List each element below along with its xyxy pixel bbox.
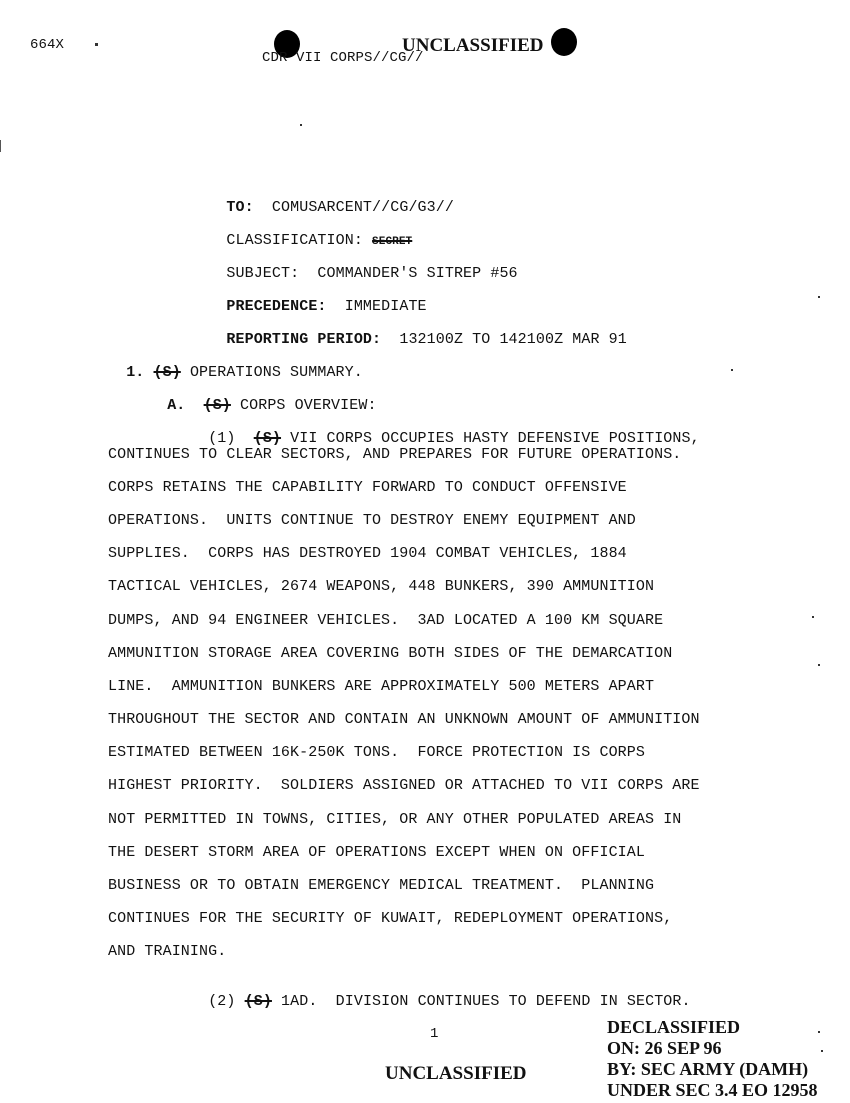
period-value: 132100Z TO 142100Z MAR 91: [399, 331, 627, 348]
speck: [818, 296, 820, 298]
document-code: 664X: [30, 37, 64, 53]
body-line: THE DESERT STORM AREA OF OPERATIONS EXCE…: [108, 844, 645, 861]
paragraph-first-line-text: VII CORPS OCCUPIES HASTY DEFENSIVE POSIT…: [290, 430, 700, 447]
to-label: TO:: [226, 199, 253, 216]
speck: [818, 664, 820, 666]
body-line: SUPPLIES. CORPS HAS DESTROYED 1904 COMBA…: [108, 545, 627, 562]
speck: [95, 43, 98, 46]
section-1-heading: 1. (S) OPERATIONS SUMMARY.: [108, 347, 363, 381]
speck: [731, 369, 733, 371]
classification-label: CLASSIFICATION:: [226, 232, 363, 249]
body-line: OPERATIONS. UNITS CONTINUE TO DESTROY EN…: [108, 512, 636, 529]
classification-value-struck: SECRET: [372, 236, 412, 248]
from-line: CDR VII CORPS//CG//: [262, 50, 424, 66]
paragraph-text: 1AD. DIVISION CONTINUES TO DEFEND IN SEC…: [281, 993, 691, 1010]
body-line: NOT PERMITTED IN TOWNS, CITIES, OR ANY O…: [108, 811, 681, 828]
paragraph-number: (1): [208, 430, 235, 447]
subject-label: SUBJECT:: [226, 265, 299, 282]
precedence-label: PRECEDENCE:: [226, 298, 326, 315]
body-line: CONTINUES FOR THE SECURITY OF KUWAIT, RE…: [108, 910, 672, 927]
section-title: OPERATIONS SUMMARY.: [190, 364, 363, 381]
body-line: AMMUNITION STORAGE AREA COVERING BOTH SI…: [108, 645, 672, 662]
body-line: LINE. AMMUNITION BUNKERS ARE APPROXIMATE…: [108, 678, 654, 695]
body-line: CORPS RETAINS THE CAPABILITY FORWARD TO …: [108, 479, 627, 496]
declass-line: DECLASSIFIED: [607, 1017, 740, 1037]
section-title: CORPS OVERVIEW:: [240, 397, 377, 414]
section-a-heading: A. (S) CORPS OVERVIEW:: [149, 380, 377, 414]
classification-marking-struck: (S): [154, 364, 181, 381]
subject-value: COMMANDER'S SITREP #56: [317, 265, 517, 282]
body-line: THROUGHOUT THE SECTOR AND CONTAIN AN UNK…: [108, 711, 700, 728]
body-line: HIGHEST PRIORITY. SOLDIERS ASSIGNED OR A…: [108, 777, 700, 794]
speck: [300, 124, 302, 126]
to-value: COMUSARCENT//CG/G3//: [272, 199, 454, 216]
body-line: DUMPS, AND 94 ENGINEER VEHICLES. 3AD LOC…: [108, 612, 663, 629]
body-line: BUSINESS OR TO OBTAIN EMERGENCY MEDICAL …: [108, 877, 654, 894]
classification-marking-struck: (S): [204, 397, 231, 414]
body-line: TACTICAL VEHICLES, 2674 WEAPONS, 448 BUN…: [108, 578, 654, 595]
body-line: ESTIMATED BETWEEN 16K-250K TONS. FORCE P…: [108, 744, 645, 761]
precedence-value: IMMEDIATE: [345, 298, 427, 315]
page-number: 1: [430, 1026, 439, 1042]
hole-punch-right: [551, 28, 577, 56]
speck: [821, 1050, 823, 1052]
speck: [818, 1031, 820, 1033]
body-line: CONTINUES TO CLEAR SECTORS, AND PREPARES…: [108, 446, 681, 463]
scan-edge-mark: [0, 140, 1, 152]
declass-line: ON: 26 SEP 96: [607, 1038, 722, 1058]
section-number: 1.: [126, 364, 144, 381]
classification-marking-struck: (S): [254, 430, 281, 447]
classification-marking-struck: (S): [245, 993, 272, 1010]
section-letter: A.: [167, 397, 185, 414]
speck: [812, 616, 814, 618]
declass-line: BY: SEC ARMY (DAMH): [607, 1059, 808, 1079]
paragraph-number: (2): [208, 993, 235, 1010]
body-line: AND TRAINING.: [108, 943, 226, 960]
paragraph-2-line: (2) (S) 1AD. DIVISION CONTINUES TO DEFEN…: [190, 976, 691, 1010]
declass-line: UNDER SEC 3.4 EO 12958: [607, 1080, 818, 1100]
period-label: REPORTING PERIOD:: [226, 331, 381, 348]
classification-bottom: UNCLASSIFIED: [385, 1063, 526, 1085]
paragraph-1-first-line: (1) (S) VII CORPS OCCUPIES HASTY DEFENSI…: [190, 413, 700, 447]
